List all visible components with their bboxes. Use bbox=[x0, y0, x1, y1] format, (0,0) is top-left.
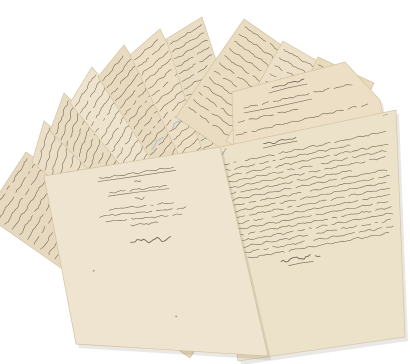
manuscript-photo bbox=[0, 0, 410, 364]
photo-frame bbox=[0, 0, 410, 364]
paper-speck bbox=[93, 270, 95, 272]
paper-speck bbox=[175, 315, 177, 317]
